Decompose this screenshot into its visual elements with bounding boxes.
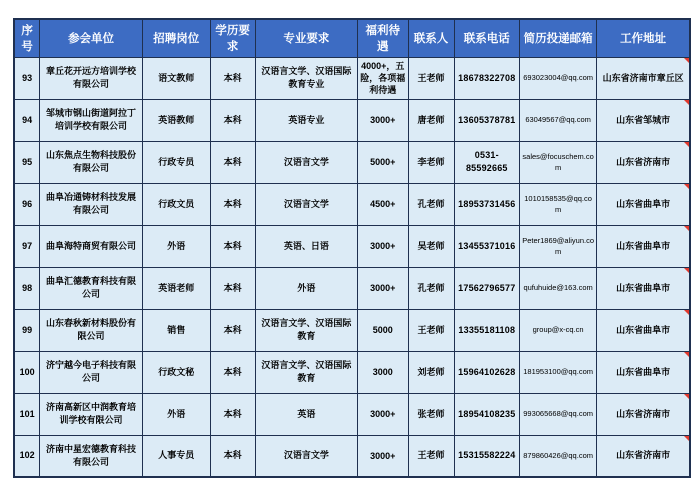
cell-email: 1010158535@qq.com — [520, 183, 597, 225]
cell-company: 邹城市钢山街道阿拉丁培训学校有限公司 — [40, 99, 143, 141]
cell-company: 曲阜冶通铸材科技发展有限公司 — [40, 183, 143, 225]
cell-education: 本科 — [210, 141, 255, 183]
cell-benefits: 5000 — [357, 309, 408, 351]
cell-major: 外语 — [255, 267, 357, 309]
column-header-address: 工作地址 — [597, 19, 690, 57]
cell-index: 96 — [14, 183, 40, 225]
cell-company: 山东春秋新材料股份有限公司 — [40, 309, 143, 351]
column-header-education: 学历要求 — [210, 19, 255, 57]
cell-phone: 13605378781 — [454, 99, 520, 141]
table-row: 101济南高新区中润教育培训学校有限公司外语本科英语3000+张老师189541… — [14, 393, 690, 435]
cell-email: qufuhuide@163.com — [520, 267, 597, 309]
cell-position: 外语 — [142, 393, 210, 435]
cell-education: 本科 — [210, 183, 255, 225]
cell-index: 100 — [14, 351, 40, 393]
cell-address: 山东省济南市 — [597, 435, 690, 477]
cell-major: 英语 — [255, 393, 357, 435]
cell-index: 99 — [14, 309, 40, 351]
cell-address: 山东省曲阜市 — [597, 225, 690, 267]
cell-email: 879860426@qq.com — [520, 435, 597, 477]
cell-benefits: 3000+ — [357, 267, 408, 309]
cell-contact: 孔老师 — [408, 267, 454, 309]
cell-address: 山东省邹城市 — [597, 99, 690, 141]
cell-email: 993065668@qq.com — [520, 393, 597, 435]
cell-education: 本科 — [210, 267, 255, 309]
cell-major: 英语、日语 — [255, 225, 357, 267]
cell-position: 销售 — [142, 309, 210, 351]
cell-company: 曲阜海特商贸有限公司 — [40, 225, 143, 267]
cell-email: group@x-cq.cn — [520, 309, 597, 351]
cell-address: 山东省曲阜市 — [597, 309, 690, 351]
cell-education: 本科 — [210, 393, 255, 435]
cell-address: 山东省曲阜市 — [597, 351, 690, 393]
cell-major: 汉语言文学、汉语国际教育专业 — [255, 57, 357, 99]
comment-marker-icon — [684, 142, 689, 147]
cell-company: 济宁越今电子科技有限公司 — [40, 351, 143, 393]
header-row: 序号参会单位招聘岗位学历要求专业要求福利待遇联系人联系电话简历投递邮箱工作地址 — [14, 19, 690, 57]
cell-phone: 18954108235 — [454, 393, 520, 435]
comment-marker-icon — [684, 268, 689, 273]
cell-benefits: 4000+，五险，各项福利待遇 — [357, 57, 408, 99]
cell-email: sales@focuschem.com — [520, 141, 597, 183]
cell-position: 英语教师 — [142, 99, 210, 141]
cell-index: 98 — [14, 267, 40, 309]
comment-marker-icon — [684, 100, 689, 105]
cell-phone: 18953731456 — [454, 183, 520, 225]
cell-index: 101 — [14, 393, 40, 435]
cell-email: Peter1869@aliyun.com — [520, 225, 597, 267]
comment-marker-icon — [684, 394, 689, 399]
cell-benefits: 3000+ — [357, 393, 408, 435]
cell-contact: 唐老师 — [408, 99, 454, 141]
cell-email: 181953100@qq.com — [520, 351, 597, 393]
cell-contact: 王老师 — [408, 57, 454, 99]
cell-phone: 15964102628 — [454, 351, 520, 393]
column-header-phone: 联系电话 — [454, 19, 520, 57]
cell-company: 山东焦点生物科技股份有限公司 — [40, 141, 143, 183]
cell-benefits: 4500+ — [357, 183, 408, 225]
cell-position: 行政专员 — [142, 141, 210, 183]
cell-major: 英语专业 — [255, 99, 357, 141]
cell-address: 山东省济南市 — [597, 141, 690, 183]
table-row: 98曲阜汇德教育科技有限公司英语老师本科外语3000+孔老师1756279657… — [14, 267, 690, 309]
cell-company: 曲阜汇德教育科技有限公司 — [40, 267, 143, 309]
cell-education: 本科 — [210, 225, 255, 267]
cell-major: 汉语言文学 — [255, 435, 357, 477]
cell-benefits: 5000+ — [357, 141, 408, 183]
cell-contact: 王老师 — [408, 435, 454, 477]
column-header-contact: 联系人 — [408, 19, 454, 57]
job-fair-table-container: 序号参会单位招聘岗位学历要求专业要求福利待遇联系人联系电话简历投递邮箱工作地址 … — [13, 18, 691, 478]
cell-position: 人事专员 — [142, 435, 210, 477]
cell-benefits: 3000 — [357, 351, 408, 393]
cell-company: 济南中星宏德教育科技有限公司 — [40, 435, 143, 477]
cell-index: 102 — [14, 435, 40, 477]
column-header-email: 简历投递邮箱 — [520, 19, 597, 57]
table-row: 96曲阜冶通铸材科技发展有限公司行政文员本科汉语言文学4500+孔老师18953… — [14, 183, 690, 225]
cell-contact: 刘老师 — [408, 351, 454, 393]
job-fair-table: 序号参会单位招聘岗位学历要求专业要求福利待遇联系人联系电话简历投递邮箱工作地址 … — [13, 18, 691, 478]
comment-marker-icon — [684, 352, 689, 357]
cell-index: 95 — [14, 141, 40, 183]
cell-phone: 13455371016 — [454, 225, 520, 267]
cell-benefits: 3000+ — [357, 225, 408, 267]
cell-education: 本科 — [210, 351, 255, 393]
cell-address: 山东省曲阜市 — [597, 183, 690, 225]
comment-marker-icon — [684, 226, 689, 231]
cell-index: 94 — [14, 99, 40, 141]
comment-marker-icon — [684, 184, 689, 189]
cell-benefits: 3000+ — [357, 435, 408, 477]
cell-position: 行政文秘 — [142, 351, 210, 393]
cell-education: 本科 — [210, 99, 255, 141]
cell-email: 63049567@qq.com — [520, 99, 597, 141]
cell-phone: 0531-85592665 — [454, 141, 520, 183]
cell-company: 章丘花开远方培训学校有限公司 — [40, 57, 143, 99]
comment-marker-icon — [684, 58, 689, 63]
cell-education: 本科 — [210, 309, 255, 351]
cell-position: 外语 — [142, 225, 210, 267]
cell-address: 山东省济南市章丘区 — [597, 57, 690, 99]
table-row: 94邹城市钢山街道阿拉丁培训学校有限公司英语教师本科英语专业3000+唐老师13… — [14, 99, 690, 141]
column-header-major: 专业要求 — [255, 19, 357, 57]
cell-major: 汉语言文学、汉语国际教育 — [255, 351, 357, 393]
cell-position: 英语老师 — [142, 267, 210, 309]
table-row: 99山东春秋新材料股份有限公司销售本科汉语言文学、汉语国际教育5000王老师13… — [14, 309, 690, 351]
cell-address: 山东省济南市 — [597, 393, 690, 435]
cell-contact: 王老师 — [408, 309, 454, 351]
cell-address: 山东省曲阜市 — [597, 267, 690, 309]
cell-email: 693023004@qq.com — [520, 57, 597, 99]
cell-phone: 15315582224 — [454, 435, 520, 477]
cell-position: 行政文员 — [142, 183, 210, 225]
cell-position: 语文教师 — [142, 57, 210, 99]
column-header-index: 序号 — [14, 19, 40, 57]
table-body: 93章丘花开远方培训学校有限公司语文教师本科汉语言文学、汉语国际教育专业4000… — [14, 57, 690, 477]
comment-marker-icon — [684, 436, 689, 441]
cell-education: 本科 — [210, 57, 255, 99]
cell-major: 汉语言文学 — [255, 141, 357, 183]
cell-index: 93 — [14, 57, 40, 99]
cell-contact: 吴老师 — [408, 225, 454, 267]
cell-company: 济南高新区中润教育培训学校有限公司 — [40, 393, 143, 435]
cell-education: 本科 — [210, 435, 255, 477]
cell-benefits: 3000+ — [357, 99, 408, 141]
cell-contact: 孔老师 — [408, 183, 454, 225]
cell-phone: 17562796577 — [454, 267, 520, 309]
cell-phone: 13355181108 — [454, 309, 520, 351]
cell-phone: 18678322708 — [454, 57, 520, 99]
cell-contact: 李老师 — [408, 141, 454, 183]
column-header-company: 参会单位 — [40, 19, 143, 57]
table-row: 97曲阜海特商贸有限公司外语本科英语、日语3000+吴老师13455371016… — [14, 225, 690, 267]
table-row: 93章丘花开远方培训学校有限公司语文教师本科汉语言文学、汉语国际教育专业4000… — [14, 57, 690, 99]
table-row: 95山东焦点生物科技股份有限公司行政专员本科汉语言文学5000+李老师0531-… — [14, 141, 690, 183]
cell-index: 97 — [14, 225, 40, 267]
cell-contact: 张老师 — [408, 393, 454, 435]
cell-major: 汉语言文学 — [255, 183, 357, 225]
table-row: 102济南中星宏德教育科技有限公司人事专员本科汉语言文学3000+王老师1531… — [14, 435, 690, 477]
column-header-position: 招聘岗位 — [142, 19, 210, 57]
comment-marker-icon — [684, 310, 689, 315]
column-header-benefits: 福利待遇 — [357, 19, 408, 57]
cell-major: 汉语言文学、汉语国际教育 — [255, 309, 357, 351]
table-row: 100济宁越今电子科技有限公司行政文秘本科汉语言文学、汉语国际教育3000刘老师… — [14, 351, 690, 393]
